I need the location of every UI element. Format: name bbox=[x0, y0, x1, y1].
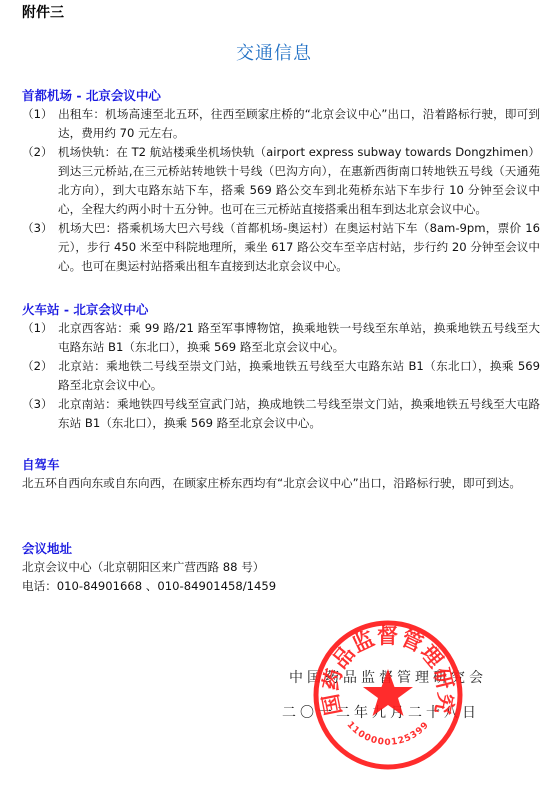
section-heading: 首都机场 - 北京会议中心 bbox=[22, 86, 540, 105]
section-venue-address: 会议地址 北京会议中心（北京朝阳区来广营西路 88 号） 电话：010-8490… bbox=[22, 539, 540, 596]
item-text: 机场大巴：搭乘机场大巴六号线（首都机场-奥运村）在奥运村站下车（8am-9pm，… bbox=[58, 221, 540, 273]
section-heading: 会议地址 bbox=[22, 539, 540, 558]
list-item: （3）机场大巴：搭乘机场大巴六号线（首都机场-奥运村）在奥运村站下车（8am-9… bbox=[22, 219, 540, 276]
list-item: （1）出租车：机场高速至北五环，往西至顾家庄桥的“北京会议中心”出口，沿着路标行… bbox=[22, 105, 540, 143]
section-heading: 自驾车 bbox=[22, 455, 540, 474]
paragraph: 北五环自西向东或自东向西，在顾家庄桥东西均有“北京会议中心”出口，沿路标行驶，即… bbox=[22, 474, 540, 493]
item-text: 出租车：机场高速至北五环，往西至顾家庄桥的“北京会议中心”出口，沿着路标行驶，即… bbox=[58, 107, 540, 140]
list-item: （2）北京站：乘地铁二号线至崇文门站，换乘地铁五号线至大屯路东站 B1（东北口）… bbox=[22, 357, 540, 395]
item-number: （1） bbox=[22, 105, 58, 124]
item-number: （2） bbox=[22, 143, 58, 162]
signature-organization: 中国药品监督管理研究会 bbox=[289, 667, 487, 687]
phone-line: 电话：010-84901668 、010-84901458/1459 bbox=[22, 577, 540, 596]
item-number: （2） bbox=[22, 357, 58, 376]
official-seal-icon: 中国药品监督管理研究会 1100000125399 bbox=[312, 619, 464, 771]
item-text: 北京站：乘地铁二号线至崇文门站，换乘地铁五号线至大屯路东站 B1（东北口），换乘… bbox=[58, 359, 540, 392]
document-page: 附件三 交通信息 首都机场 - 北京会议中心 （1）出租车：机场高速至北五环，往… bbox=[0, 0, 548, 792]
svg-text:1100000125399: 1100000125399 bbox=[345, 720, 432, 748]
item-number: （3） bbox=[22, 219, 58, 238]
item-number: （3） bbox=[22, 395, 58, 414]
item-text: 机场快轨：在 T2 航站楼乘坐机场快轨（airport express subw… bbox=[58, 145, 540, 216]
section-self-drive: 自驾车 北五环自西向东或自东向西，在顾家庄桥东西均有“北京会议中心”出口，沿路标… bbox=[22, 455, 540, 493]
signature-date: 二〇一二年九月二十八日 bbox=[282, 702, 480, 722]
section-train-station: 火车站 - 北京会议中心 （1）北京西客站：乘 99 路/21 路至军事博物馆，… bbox=[22, 300, 540, 433]
list-item: （2）机场快轨：在 T2 航站楼乘坐机场快轨（airport express s… bbox=[22, 143, 540, 219]
list-item: （1）北京西客站：乘 99 路/21 路至军事博物馆，换乘地铁一号线至东单站，换… bbox=[22, 319, 540, 357]
page-title: 交通信息 bbox=[0, 39, 548, 65]
item-text: 北京南站：乘地铁四号线至宣武门站，换成地铁二号线至崇文门站，换乘地铁五号线至大屯… bbox=[58, 397, 540, 430]
attachment-label: 附件三 bbox=[22, 2, 64, 22]
address-line: 北京会议中心（北京朝阳区来广营西路 88 号） bbox=[22, 558, 540, 577]
section-heading: 火车站 - 北京会议中心 bbox=[22, 300, 540, 319]
section-airport: 首都机场 - 北京会议中心 （1）出租车：机场高速至北五环，往西至顾家庄桥的“北… bbox=[22, 86, 540, 276]
item-text: 北京西客站：乘 99 路/21 路至军事博物馆，换乘地铁一号线至东单站，换乘地铁… bbox=[58, 321, 540, 354]
item-number: （1） bbox=[22, 319, 58, 338]
list-item: （3）北京南站：乘地铁四号线至宣武门站，换成地铁二号线至崇文门站，换乘地铁五号线… bbox=[22, 395, 540, 433]
